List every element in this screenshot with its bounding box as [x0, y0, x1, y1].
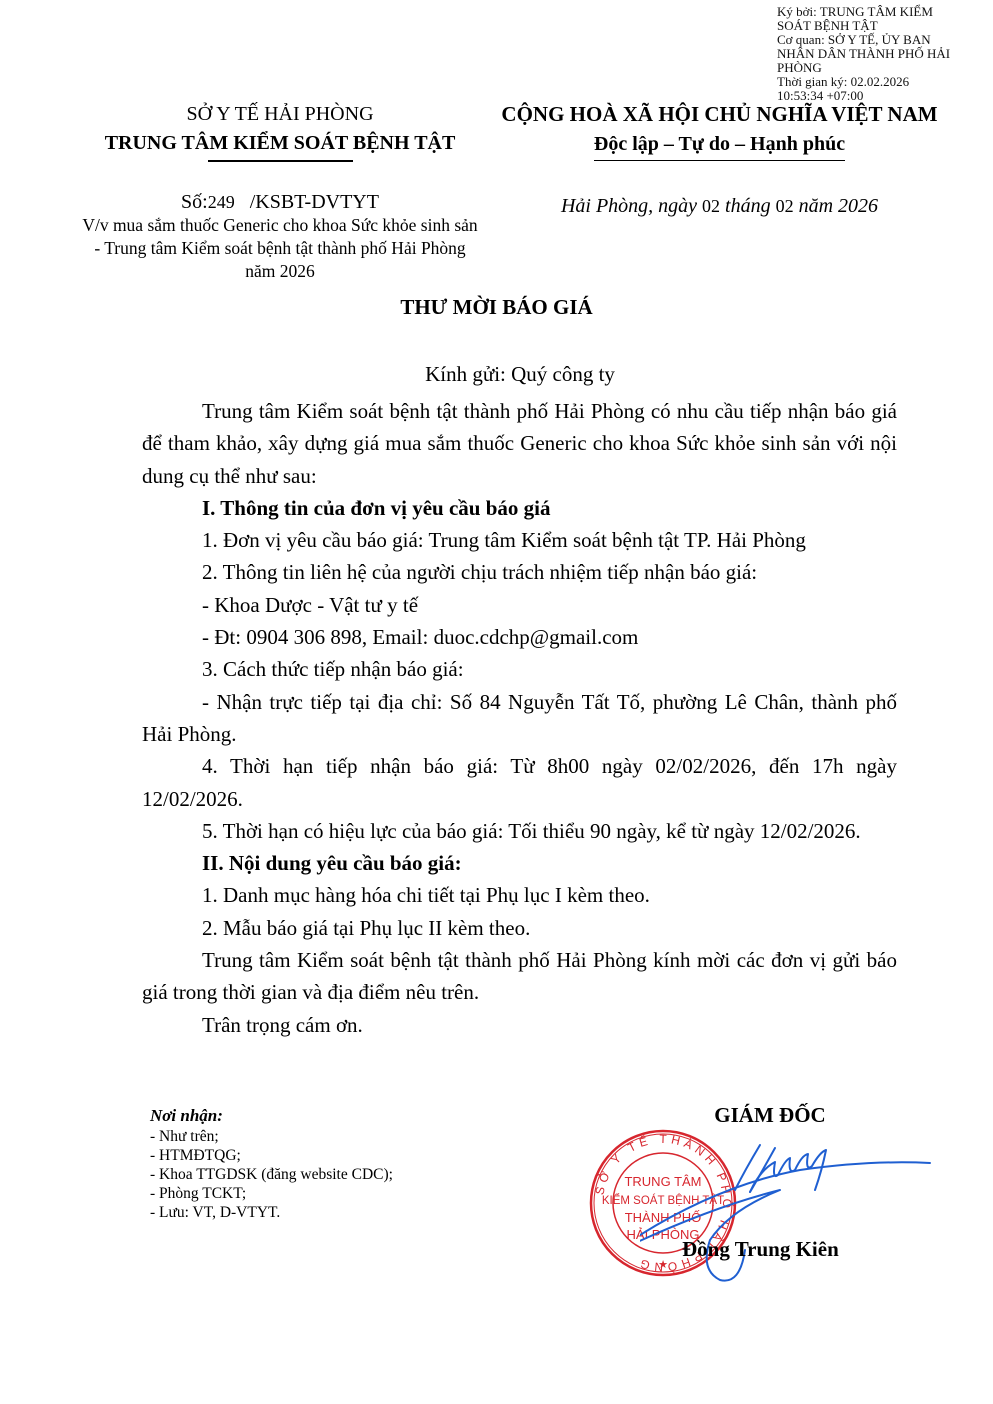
- recipient-item: - Lưu: VT, D-VTYT.: [150, 1203, 470, 1222]
- place-and-date: Hải Phòng, ngày 02 tháng 02 năm 2026: [482, 193, 957, 219]
- section-item: - Nhận trực tiếp tại địa chỉ: Số 84 Nguy…: [142, 686, 897, 751]
- doc-code: /KSBT-DVTYT: [250, 191, 379, 213]
- organization-name: TRUNG TÂM KIỂM SOÁT BỆNH TẬT: [80, 128, 480, 158]
- recipient-item: - HTMĐTQG;: [150, 1146, 470, 1165]
- signer-name: Đồng Trung Kiên: [682, 1237, 839, 1262]
- section-item: - Khoa Dược - Vật tư y tế: [142, 589, 897, 621]
- issuing-authority: SỞ Y TẾ HẢI PHÒNG TRUNG TÂM KIỂM SOÁT BỆ…: [80, 100, 480, 162]
- recipient-item: - Như trên;: [150, 1127, 470, 1146]
- recipient-item: - Phòng TCKT;: [150, 1184, 470, 1203]
- document-body: Trung tâm Kiểm soát bệnh tật thành phố H…: [142, 395, 897, 1041]
- nation-name: CỘNG HOÀ XÃ HỘI CHỦ NGHĨA VIỆT NAM: [482, 100, 957, 128]
- header-divider: [208, 160, 353, 162]
- date-day: 02: [702, 196, 720, 216]
- document-number: Số:249 /KSBT-DVTYT: [80, 189, 480, 215]
- digital-signature-line: Cơ quan: SỞ Y TẾ, ỦY BAN: [777, 33, 987, 47]
- year-label: năm 2026: [794, 195, 878, 217]
- doc-number-label: Số:: [181, 191, 208, 213]
- digital-signature-line: SOÁT BỆNH TẬT: [777, 19, 987, 33]
- section-item: 1. Đơn vị yêu cầu báo giá: Trung tâm Kiể…: [142, 524, 897, 556]
- section-heading: I. Thông tin của đơn vị yêu cầu báo giá: [142, 492, 897, 524]
- intro-paragraph: Trung tâm Kiểm soát bệnh tật thành phố H…: [142, 395, 897, 492]
- place: Hải Phòng, ngày: [561, 195, 702, 217]
- parent-organization: SỞ Y TẾ HẢI PHÒNG: [80, 100, 480, 128]
- recipient-item: - Khoa TTGDSK (đăng website CDC);: [150, 1165, 470, 1184]
- thanks-line: Trân trọng cám ơn.: [142, 1009, 897, 1041]
- digital-signature-info: Ký bởi: TRUNG TÂM KIỂM SOÁT BỆNH TẬT Cơ …: [777, 5, 987, 103]
- section-item: 4. Thời hạn tiếp nhận báo giá: Từ 8h00 n…: [142, 750, 897, 815]
- month-label: tháng: [720, 195, 776, 217]
- digital-signature-line: NHÂN DÂN THÀNH PHỐ HẢI: [777, 47, 987, 61]
- section-item: 1. Danh mục hàng hóa chi tiết tại Phụ lụ…: [142, 879, 897, 911]
- doc-number-value: 249: [208, 192, 235, 212]
- section-heading: II. Nội dung yêu cầu báo giá:: [142, 847, 897, 879]
- section-item: 2. Mẫu báo giá tại Phụ lục II kèm theo.: [142, 912, 897, 944]
- section-item: 2. Thông tin liên hệ của người chịu trác…: [142, 556, 897, 588]
- recipients-list: Nơi nhận: - Như trên; - HTMĐTQG; - Khoa …: [150, 1105, 470, 1222]
- recipients-label: Nơi nhận:: [150, 1105, 470, 1127]
- greeting: Kính gửi: Quý công ty: [0, 360, 993, 388]
- section-item: 3. Cách thức tiếp nhận báo giá:: [142, 653, 897, 685]
- section-item: 5. Thời hạn có hiệu lực của báo giá: Tối…: [142, 815, 897, 847]
- national-header: CỘNG HOÀ XÃ HỘI CHỦ NGHĨA VIỆT NAM Độc l…: [482, 100, 957, 161]
- date-month: 02: [776, 196, 794, 216]
- closing-paragraph: Trung tâm Kiểm soát bệnh tật thành phố H…: [142, 944, 897, 1009]
- document-subject: V/v mua sắm thuốc Generic cho khoa Sức k…: [80, 214, 480, 283]
- handwritten-signature-icon: [640, 1130, 940, 1290]
- digital-signature-line: PHÒNG: [777, 61, 987, 75]
- digital-signature-line: Thời gian ký: 02.02.2026: [777, 75, 987, 89]
- section-item: - Đt: 0904 306 898, Email: duoc.cdchp@gm…: [142, 621, 897, 653]
- digital-signature-line: Ký bởi: TRUNG TÂM KIỂM: [777, 5, 987, 19]
- document-title: THƯ MỜI BÁO GIÁ: [0, 293, 993, 321]
- national-motto: Độc lập – Tự do – Hạnh phúc: [594, 128, 845, 161]
- signer-position: GIÁM ĐỐC: [690, 1103, 850, 1128]
